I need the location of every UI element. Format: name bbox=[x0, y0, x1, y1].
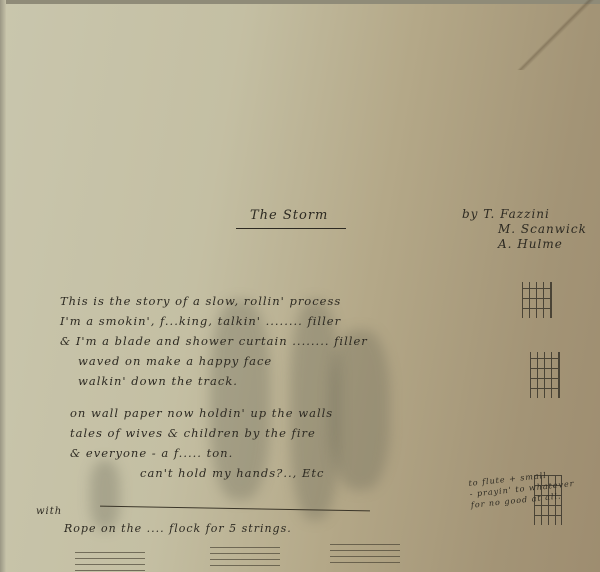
lyric-line: I'm a smokin', f...king, talkin' .......… bbox=[60, 311, 368, 331]
lyric-line: This is the story of a slow, rollin' pro… bbox=[60, 291, 368, 311]
chord-diagram-icon bbox=[530, 352, 560, 398]
credit-line: M. Scanwick bbox=[462, 222, 587, 237]
chord-diagram-icon bbox=[522, 282, 552, 318]
page-left-edge bbox=[0, 0, 6, 572]
music-staff bbox=[330, 542, 400, 568]
chord-diagram-icon bbox=[534, 475, 562, 525]
lyrics-block: This is the story of a slow, rollin' pro… bbox=[60, 291, 368, 483]
lyric-line: & everyone - a f..... ton. bbox=[60, 443, 368, 463]
lyric-line: on wall paper now holdin' up the walls bbox=[60, 403, 368, 423]
lyric-spacer bbox=[60, 391, 368, 403]
lyric-line: tales of wives & children by the fire bbox=[60, 423, 368, 443]
lyric-line: waved on make a happy face bbox=[60, 351, 368, 371]
paper-crease bbox=[510, 0, 600, 70]
song-title: The Storm bbox=[250, 208, 328, 223]
credit-line: by T. Fazzini bbox=[462, 207, 587, 222]
lyric-line: & I'm a blade and shower curtain .......… bbox=[60, 331, 368, 351]
lyric-line: walkin' down the track. bbox=[60, 371, 368, 391]
title-underline bbox=[236, 228, 346, 229]
music-staff bbox=[75, 550, 145, 572]
credit-line: A. Hulme bbox=[462, 237, 587, 252]
lyric-line: can't hold my hands?.., Etc bbox=[60, 463, 368, 483]
bottom-line-text: Rope on the .... flock for 5 strings. bbox=[64, 522, 292, 535]
song-credits: by T. Fazzini M. Scanwick A. Hulme bbox=[462, 207, 587, 252]
margin-note: with bbox=[36, 506, 62, 517]
music-staff bbox=[210, 545, 280, 571]
